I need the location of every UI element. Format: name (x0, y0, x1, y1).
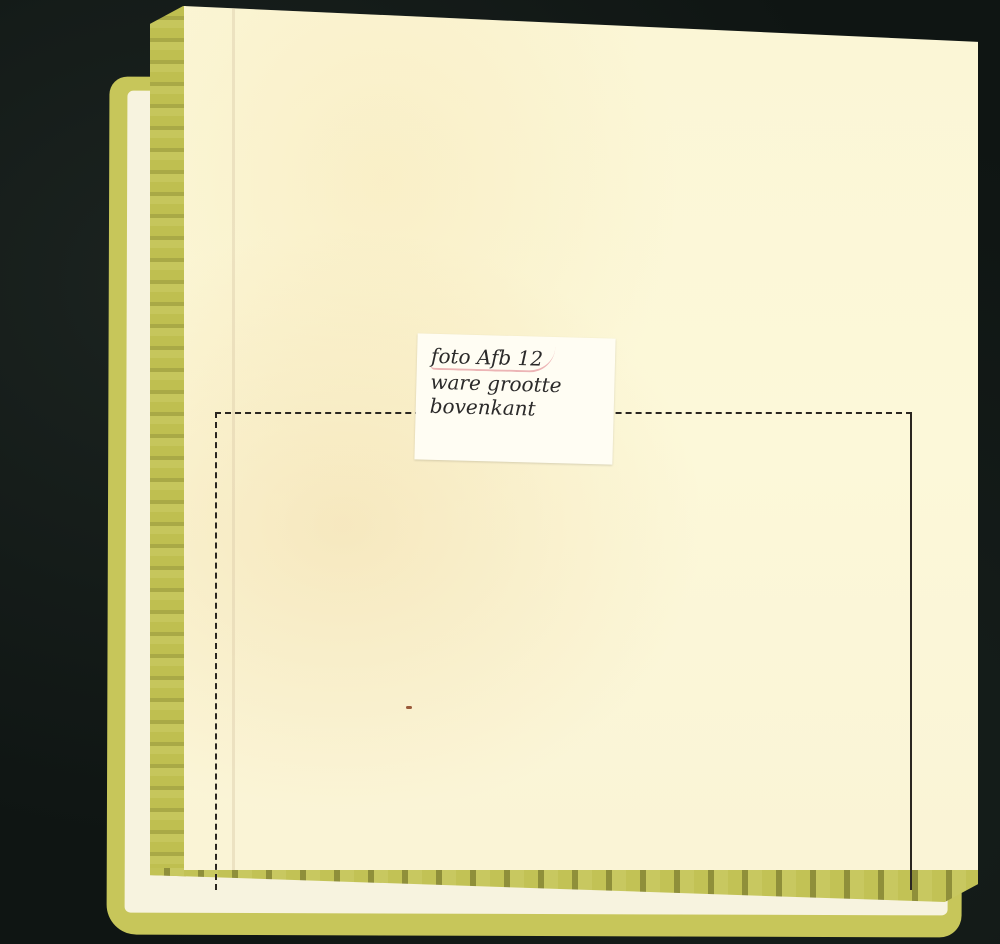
dashed-outline-marking (215, 412, 912, 890)
label-line-1: foto Afb 12 (431, 344, 556, 373)
label-line-3: bovenkant (429, 394, 600, 422)
handwritten-label: foto Afb 12 ware grootte bovenkant (414, 333, 615, 464)
crochet-edge-left (150, 6, 186, 902)
small-stain (406, 706, 412, 709)
